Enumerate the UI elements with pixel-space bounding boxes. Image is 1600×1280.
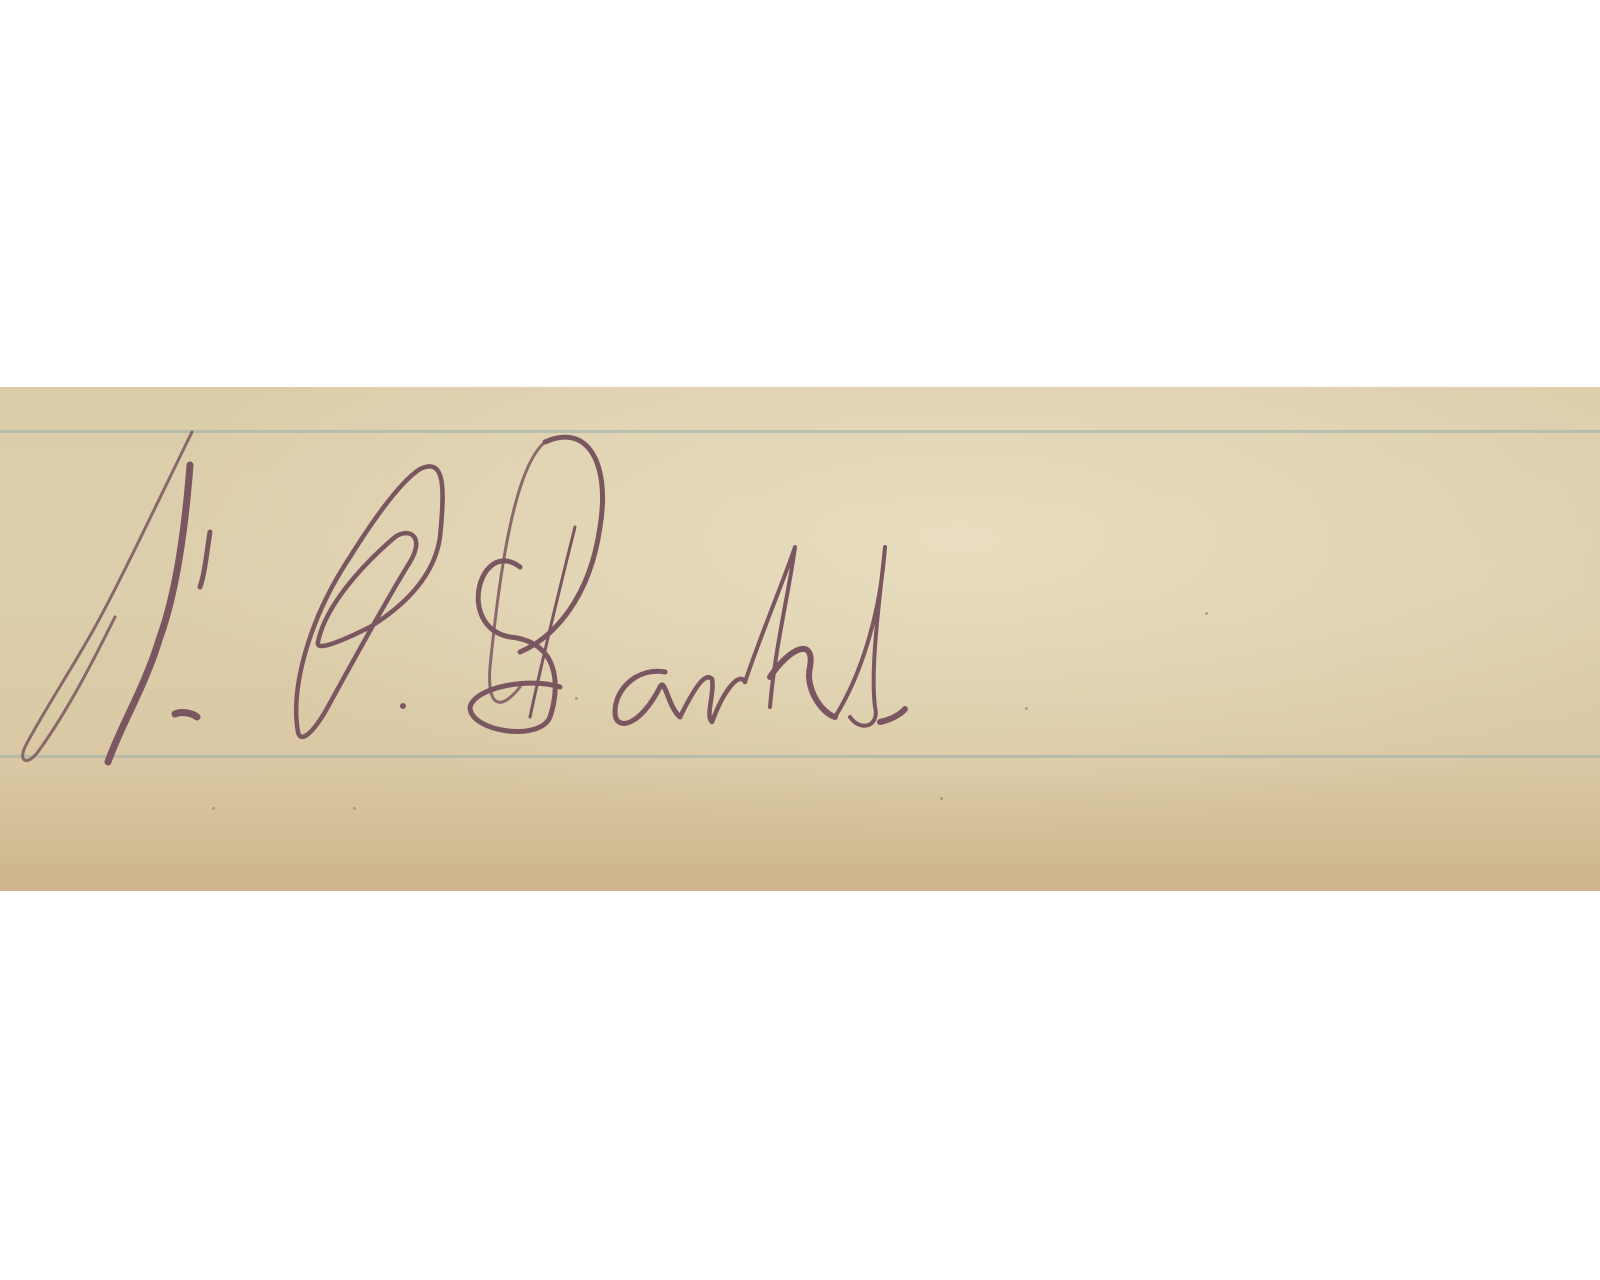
paper-strip [0, 387, 1600, 891]
signature-ink [0, 387, 1600, 891]
